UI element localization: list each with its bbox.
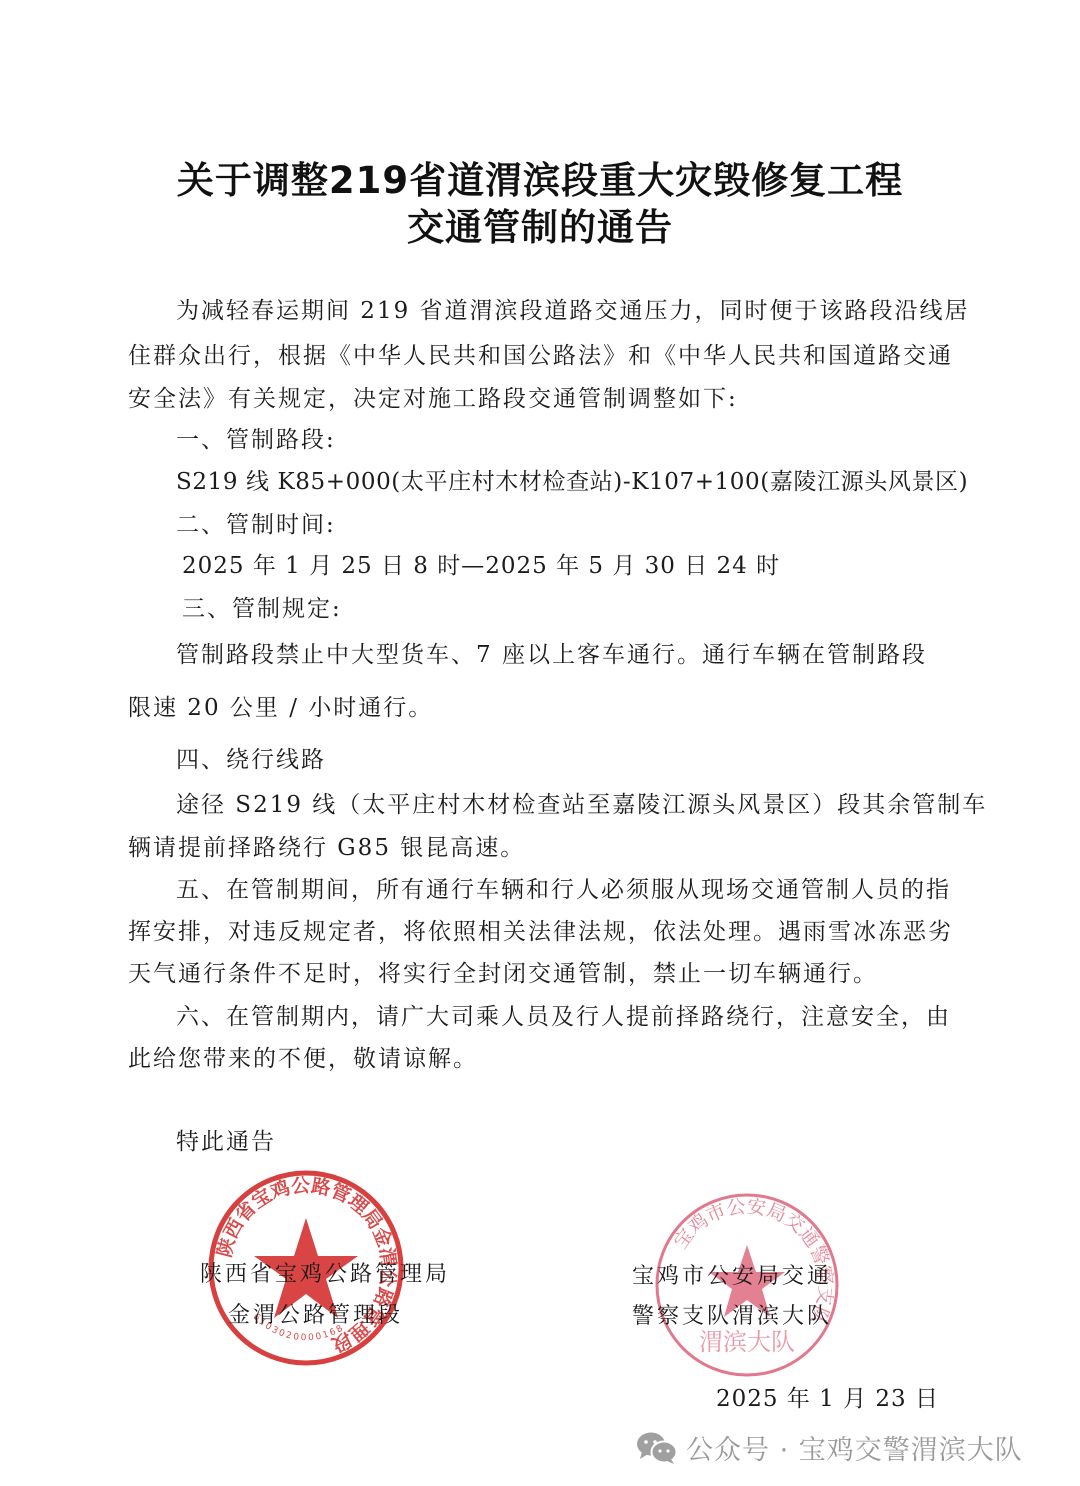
- intro-line-3: 安全法》有关规定，决定对施工路段交通管制调整如下:: [128, 384, 738, 414]
- watermark-text: 公众号 · 宝鸡交警渭滨大队: [686, 1428, 1023, 1467]
- section-5-line3: 天气通行条件不足时，将实行全封闭交通管制，禁止一切车辆通行。: [128, 959, 878, 989]
- section-6-line1: 六、在管制期内，请广大司乘人员及行人提前择路绕行，注意安全，由: [176, 1002, 951, 1032]
- intro-line-1: 为减轻春运期间 219 省道渭滨段道路交通压力，同时便于该路段沿线居: [176, 296, 970, 326]
- section-3-heading: 三、管制规定:: [182, 594, 342, 624]
- svg-text:渭滨大队: 渭滨大队: [699, 1328, 795, 1356]
- wechat-watermark: 公众号 · 宝鸡交警渭滨大队: [636, 1428, 1023, 1467]
- section-3-body-line2: 限速 20 公里 / 小时通行。: [128, 693, 433, 723]
- section-4-body-line2: 辆请提前择路绕行 G85 银昆高速。: [128, 833, 525, 863]
- section-4-body-line1: 途径 S219 线（太平庄村木材检查站至嘉陵江源头风景区）段其余管制车: [176, 790, 987, 820]
- section-6-line2: 此给您带来的不便，敬请谅解。: [128, 1044, 478, 1074]
- section-3-body-line1: 管制路段禁止中大型货车、7 座以上客车通行。通行车辆在管制路段: [176, 640, 927, 670]
- document-title-line2: 交通管制的通告: [0, 197, 1080, 251]
- signatory-right-line2: 警察支队渭滨大队: [632, 1299, 832, 1330]
- section-1-body: S219 线 K85+000(太平庄村木材检查站)-K107+100(嘉陵江源头…: [176, 467, 968, 497]
- document-date: 2025 年 1 月 23 日: [716, 1384, 939, 1414]
- section-2-body: 2025 年 1 月 25 日 8 时—2025 年 5 月 30 日 24 时: [182, 551, 780, 581]
- section-4-heading: 四、绕行线路: [176, 745, 326, 775]
- section-1-heading: 一、管制路段:: [176, 425, 336, 455]
- section-2-heading: 二、管制时间:: [176, 510, 336, 540]
- section-5-line1: 五、在管制期间，所有通行车辆和行人必须服从现场交通管制人员的指: [176, 875, 951, 905]
- closing-text: 特此通告: [176, 1127, 276, 1157]
- wechat-icon: [636, 1431, 678, 1465]
- signatory-right-line1: 宝鸡市公安局交通: [632, 1259, 832, 1290]
- document-title-line1: 关于调整219省道渭滨段重大灾毁修复工程: [0, 150, 1080, 204]
- signatory-left-line2: 金渭公路管理段: [228, 1298, 403, 1329]
- section-5-line2: 挥安排，对违反规定者，将依照相关法律法规，依法处理。遇雨雪冰冻恶劣: [128, 917, 953, 947]
- signatory-left-line1: 陕西省宝鸡公路管理局: [200, 1257, 450, 1288]
- intro-line-2: 住群众出行，根据《中华人民共和国公路法》和《中华人民共和国道路交通: [128, 341, 953, 371]
